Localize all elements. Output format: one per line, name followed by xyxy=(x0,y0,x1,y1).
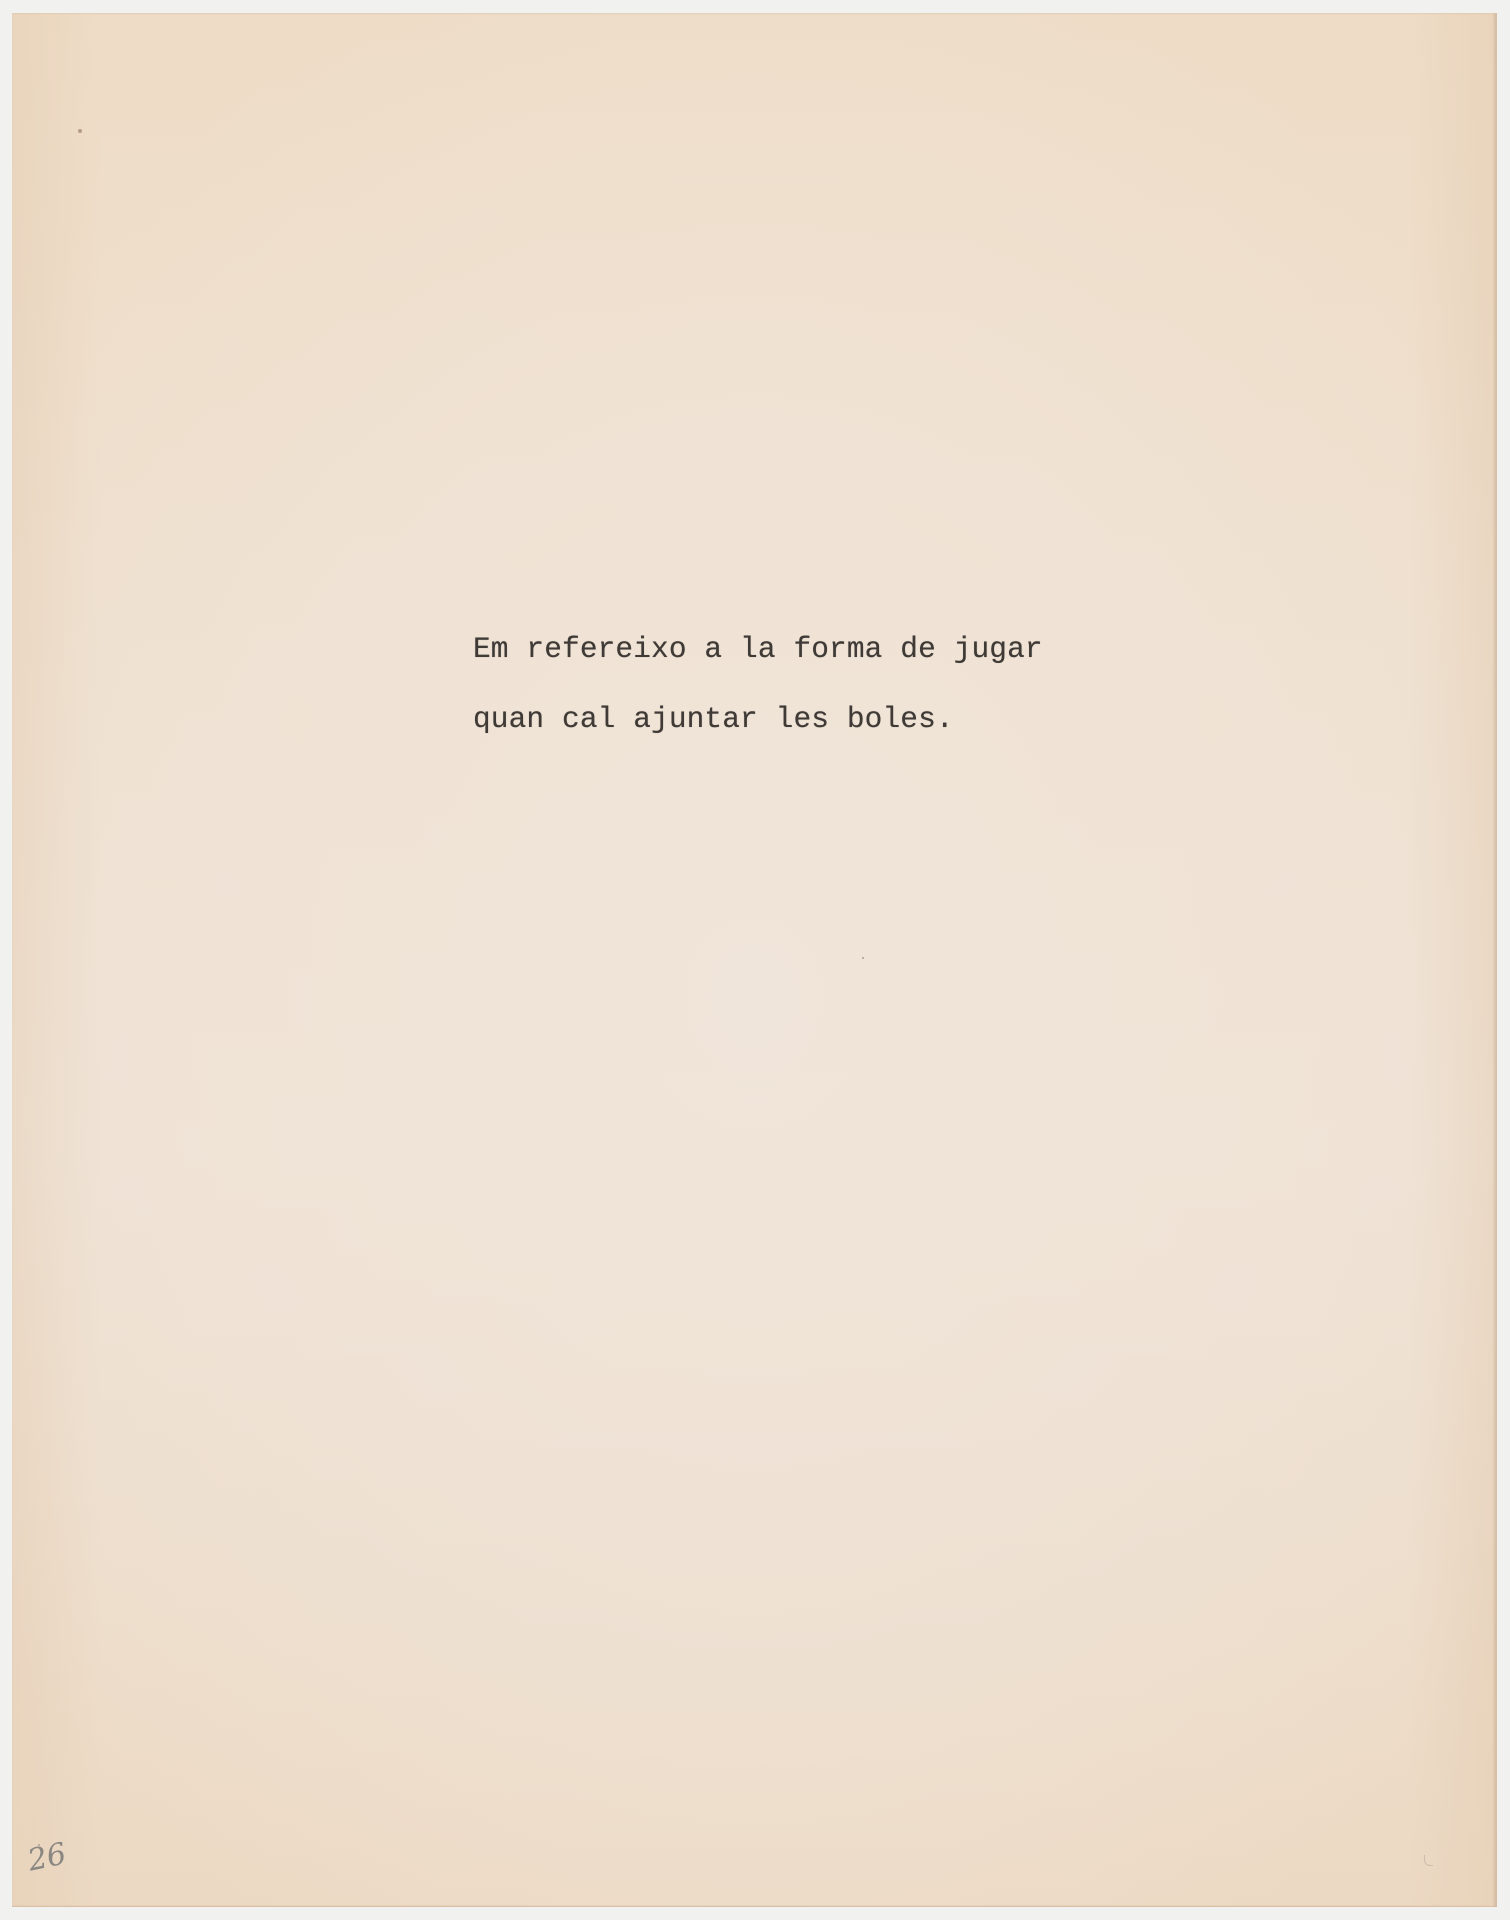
paper-speck xyxy=(862,957,864,959)
paper-sheet xyxy=(12,13,1497,1907)
typed-line-2: quan cal ajuntar les boles. xyxy=(473,702,954,736)
typed-line-1: Em refereixo a la forma de jugar xyxy=(473,632,1043,666)
faint-pencil-mark xyxy=(1424,1855,1433,1866)
paper-speck xyxy=(38,1844,40,1846)
paper-speck xyxy=(78,129,82,133)
